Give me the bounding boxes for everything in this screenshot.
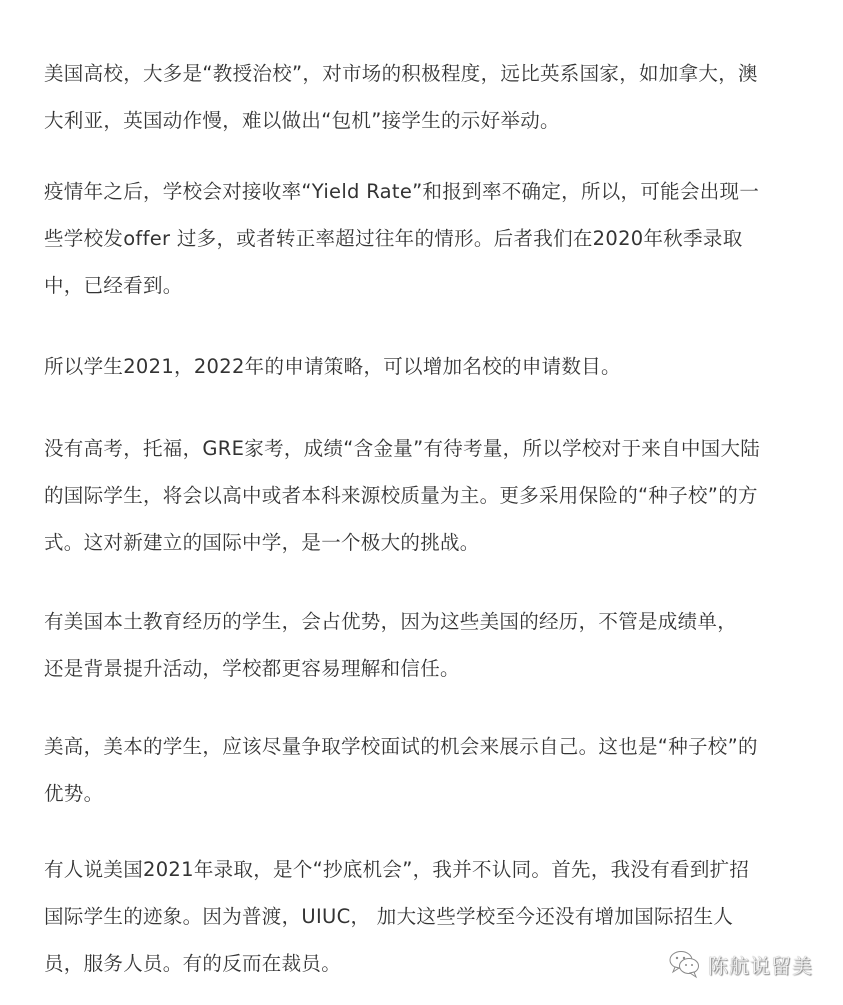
wechat-icon xyxy=(668,949,702,979)
paragraph-2: 疫情年之后，学校会对接收率“Yield Rate”和报到率不确定，所以，可能会出… xyxy=(44,168,804,309)
text-line: 有人说美国2021年录取，是个“抄底机会”，我并不认同。首先，我没有看到扩招 xyxy=(44,846,804,893)
text-line: 没有高考，托福，GRE家考，成绩“含金量”有待考量，所以学校对于来自中国大陆 xyxy=(44,425,804,472)
text-line: 式。这对新建立的国际中学，是一个极大的挑战。 xyxy=(44,519,804,566)
paragraph-5: 有美国本土教育经历的学生，会占优势，因为这些美国的经历，不管是成绩单， 还是背景… xyxy=(44,598,804,692)
text-line: 美国高校，大多是“教授治校”，对市场的积极程度，远比英系国家，如加拿大，澳 xyxy=(44,50,804,97)
paragraph-3: 所以学生2021，2022年的申请策略，可以增加名校的申请数目。 xyxy=(44,343,804,390)
text-line: 还是背景提升活动，学校都更容易理解和信任。 xyxy=(44,645,804,692)
text-line: 中，已经看到。 xyxy=(44,262,804,309)
paragraph-4: 没有高考，托福，GRE家考，成绩“含金量”有待考量，所以学校对于来自中国大陆 的… xyxy=(44,425,804,566)
text-line: 优势。 xyxy=(44,770,804,817)
text-line: 美高，美本的学生，应该尽量争取学校面试的机会来展示自己。这也是“种子校”的 xyxy=(44,723,804,770)
paragraph-1: 美国高校，大多是“教授治校”，对市场的积极程度，远比英系国家，如加拿大，澳 大利… xyxy=(44,50,804,144)
watermark-text: 陈航说留美 xyxy=(708,950,813,979)
text-line: 国际学生的迹象。因为普渡，UIUC， 加大这些学校至今还没有增加国际招生人 xyxy=(44,893,804,940)
wechat-watermark: 陈航说留美 xyxy=(668,949,813,979)
text-line: 有美国本土教育经历的学生，会占优势，因为这些美国的经历，不管是成绩单， xyxy=(44,598,804,645)
text-line: 大利亚，英国动作慢，难以做出“包机”接学生的示好举动。 xyxy=(44,97,804,144)
text-line: 疫情年之后，学校会对接收率“Yield Rate”和报到率不确定，所以，可能会出… xyxy=(44,168,804,215)
text-line: 些学校发offer 过多，或者转正率超过往年的情形。后者我们在2020年秋季录取 xyxy=(44,215,804,262)
text-line: 的国际学生，将会以高中或者本科来源校质量为主。更多采用保险的“种子校”的方 xyxy=(44,472,804,519)
paragraph-6: 美高，美本的学生，应该尽量争取学校面试的机会来展示自己。这也是“种子校”的 优势… xyxy=(44,723,804,817)
text-line: 所以学生2021，2022年的申请策略，可以增加名校的申请数目。 xyxy=(44,343,804,390)
